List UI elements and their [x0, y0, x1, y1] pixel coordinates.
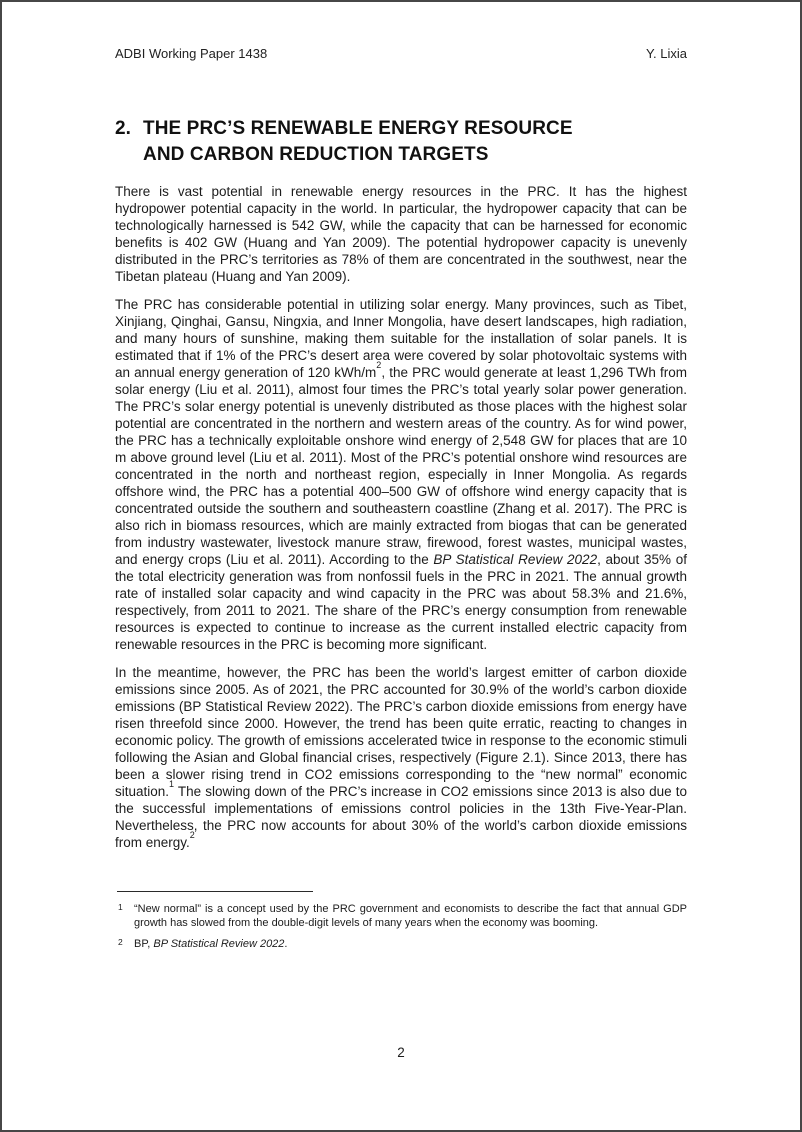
paragraph-2-text-c: , about 35% of the total electricity gen… [115, 552, 687, 652]
paragraph-1: There is vast potential in renewable ene… [115, 183, 687, 285]
footnote-1-text: “New normal” is a concept used by the PR… [134, 903, 687, 929]
footnote-ref-2: 2 [190, 830, 195, 840]
footnote-ref-1: 1 [169, 779, 174, 789]
superscript-squared: 2 [376, 360, 381, 370]
footnote-2-text-post: . [284, 938, 287, 950]
heading-line-2: AND CARBON REDUCTION TARGETS [143, 144, 489, 165]
page-number: 2 [2, 1045, 800, 1060]
paragraph-3: In the meantime, however, the PRC has be… [115, 664, 687, 851]
running-head-left: ADBI Working Paper 1438 [115, 46, 267, 62]
document-page: ADBI Working Paper 1438 Y. Lixia 2. THE … [0, 0, 802, 1132]
paragraph-3-text-a: In the meantime, however, the PRC has be… [115, 665, 687, 799]
running-head-right: Y. Lixia [646, 46, 687, 62]
heading-number: 2. [115, 116, 143, 168]
page-content: ADBI Working Paper 1438 Y. Lixia 2. THE … [2, 2, 800, 951]
footnote-1: 1 “New normal” is a concept used by the … [115, 902, 687, 930]
footnote-separator-rule [117, 891, 313, 892]
footnote-2: 2 BP, BP Statistical Review 2022. [115, 937, 687, 951]
footnote-2-text-pre: BP, [134, 938, 153, 950]
footnote-2-italic: BP Statistical Review 2022 [153, 938, 284, 950]
heading-line-1: THE PRC’S RENEWABLE ENERGY RESOURCE [143, 118, 573, 139]
footnote-1-marker: 1 [118, 900, 123, 914]
body-copy: There is vast potential in renewable ene… [115, 183, 687, 851]
paragraph-2-text-b: , the PRC would generate at least 1,296 … [115, 365, 687, 567]
footnote-2-marker: 2 [118, 935, 123, 949]
italic-citation: BP Statistical Review 2022 [433, 552, 597, 567]
footnote-section: 1 “New normal” is a concept used by the … [115, 891, 687, 951]
paragraph-1-text: There is vast potential in renewable ene… [115, 184, 687, 284]
heading-text: THE PRC’S RENEWABLE ENERGY RESOURCE AND … [143, 116, 687, 168]
page-header: ADBI Working Paper 1438 Y. Lixia [115, 46, 687, 62]
paragraph-2: The PRC has considerable potential in ut… [115, 296, 687, 653]
paragraph-3-text-b: The slowing down of the PRC’s increase i… [115, 784, 687, 850]
section-heading: 2. THE PRC’S RENEWABLE ENERGY RESOURCE A… [115, 116, 687, 168]
